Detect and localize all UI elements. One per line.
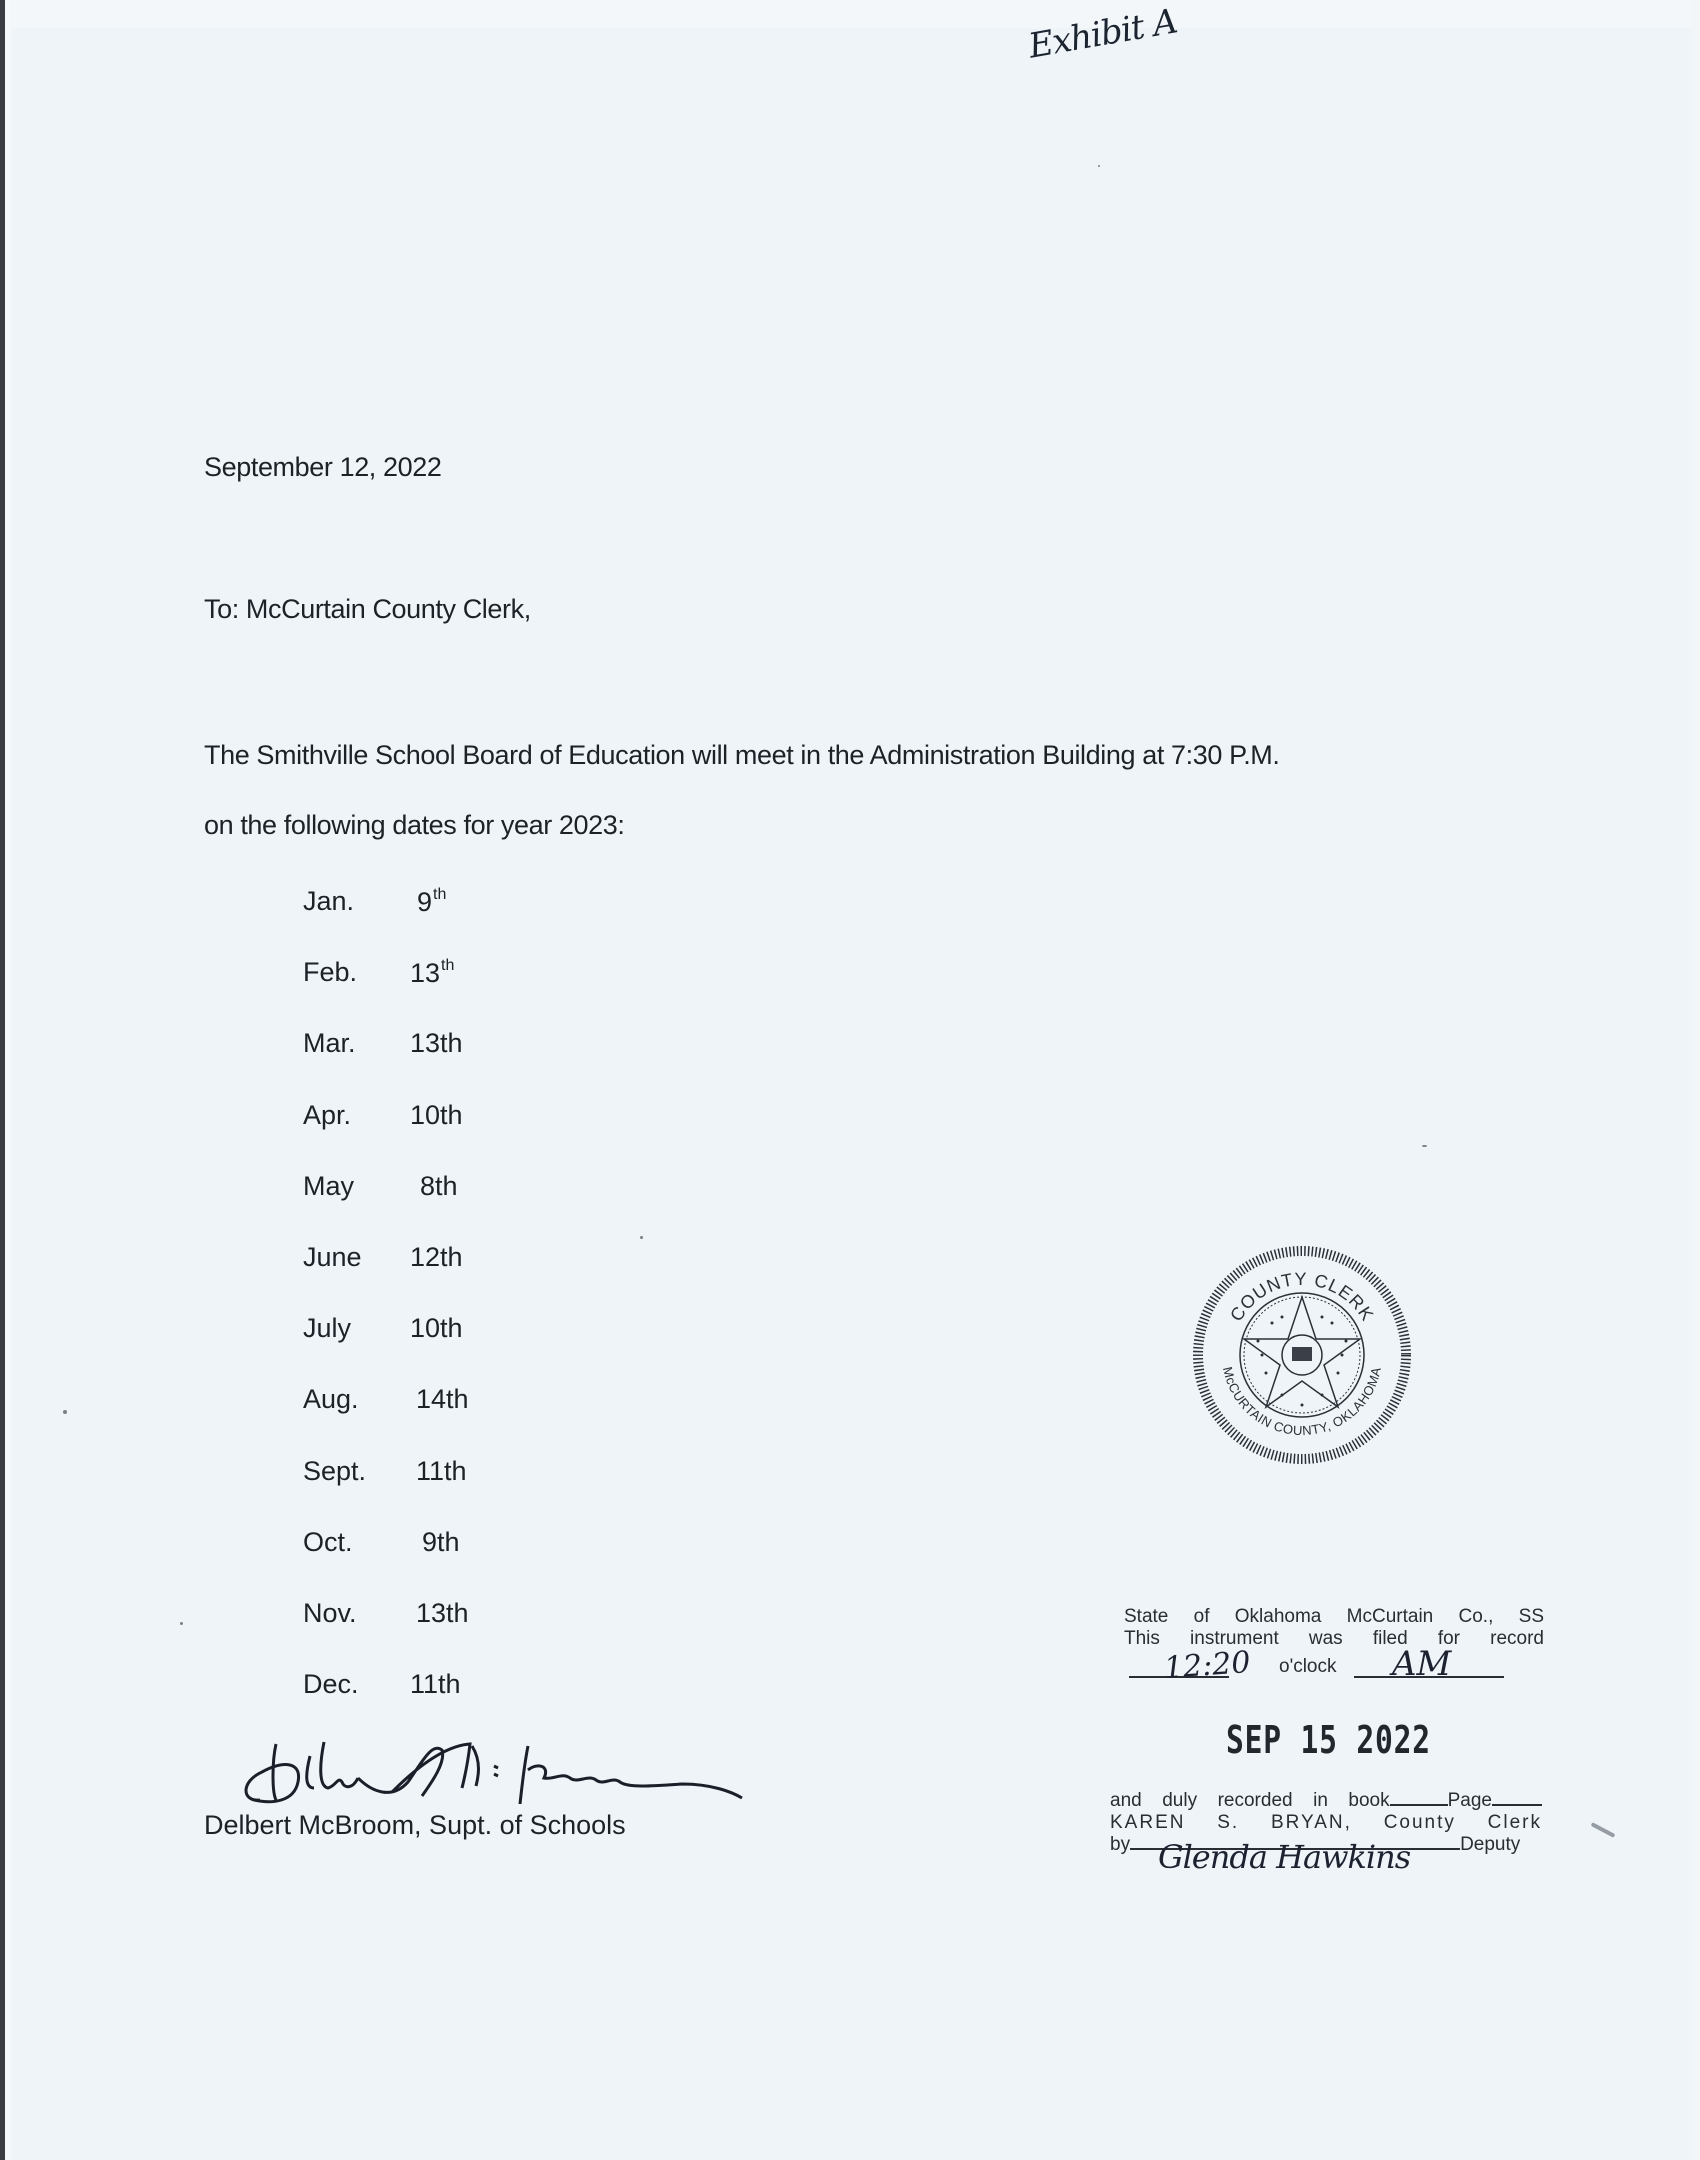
meeting-month: Nov. (303, 1598, 357, 1629)
meeting-month: Dec. (303, 1669, 359, 1700)
meeting-month: Jan. (303, 886, 354, 917)
meeting-day: 8th (420, 1171, 458, 1202)
meeting-month: Sept. (303, 1456, 366, 1487)
meeting-month: Feb. (303, 957, 357, 988)
filed-time-handwritten: 12:20 (1163, 1645, 1252, 1686)
meeting-month: June (303, 1242, 362, 1273)
scan-speck (1098, 165, 1100, 167)
superintendent-name: Delbert McBroom, Supt. of Schools (204, 1810, 626, 1841)
stamp-line-1: State of Oklahoma McCurtain Co., SS (1124, 1606, 1544, 1628)
meeting-month: Apr. (303, 1100, 351, 1131)
seal-bottom-text: McCURTAIN COUNTY, OKLAHOMA (1220, 1365, 1384, 1438)
meeting-day: 11th (410, 1669, 461, 1700)
meeting-day: 13th (410, 1028, 463, 1059)
meeting-day: 13th (416, 1598, 469, 1629)
scan-speck (640, 1236, 643, 1239)
letter-date: September 12, 2022 (204, 452, 441, 483)
letter-body-line-2: on the following dates for year 2023: (204, 810, 624, 841)
scan-speck (63, 1410, 67, 1414)
clerk-name-line: KAREN S. BRYAN, County Clerk (1110, 1812, 1542, 1834)
scan-speck (180, 1622, 183, 1625)
meeting-month: July (303, 1313, 351, 1344)
deputy-signature: Glenda Hawkins (1158, 1838, 1410, 1876)
meeting-month: May (303, 1171, 354, 1202)
scan-top-band (11, 0, 1700, 28)
meeting-month: Mar. (303, 1028, 356, 1059)
filed-time-row: 12:20 o'clock AM (1124, 1650, 1504, 1690)
scan-speck (1422, 1145, 1427, 1147)
meeting-day: 12th (410, 1242, 463, 1273)
meeting-month: Aug. (303, 1384, 359, 1415)
meeting-day: 10th (410, 1100, 463, 1131)
meeting-day: 9th (422, 1527, 460, 1558)
scan-margin-left (5, 0, 11, 2160)
scan-edge-right (1692, 0, 1700, 2160)
svg-text:McCURTAIN COUNTY, OKLAHOMA: McCURTAIN COUNTY, OKLAHOMA (1220, 1365, 1384, 1438)
letter-recipient: To: McCurtain County Clerk, (204, 594, 531, 625)
meeting-day: 14th (416, 1384, 469, 1415)
letter-body-line-1: The Smithville School Board of Education… (204, 740, 1280, 771)
county-clerk-seal: COUNTY CLERK McCURTAIN COUNTY, OKLAHOMA (1192, 1245, 1412, 1470)
stamp-line-2: This instrument was filed for record (1124, 1628, 1544, 1650)
meeting-day: 13th (410, 957, 454, 989)
meeting-day: 9th (417, 886, 446, 918)
recorded-book-line: and duly recorded in bookPage (1110, 1790, 1542, 1812)
filed-date-stamp: SEP 15 2022 (1226, 1718, 1431, 1762)
meeting-month: Oct. (303, 1527, 353, 1558)
ampm-handwritten: AM (1392, 1644, 1451, 1684)
recording-stamp: State of Oklahoma McCurtain Co., SS This… (1124, 1606, 1544, 1650)
oclock-label: o'clock (1279, 1656, 1336, 1678)
meeting-day: 10th (410, 1313, 463, 1344)
meeting-day: 11th (416, 1456, 467, 1487)
scan-streak (1591, 1822, 1616, 1838)
